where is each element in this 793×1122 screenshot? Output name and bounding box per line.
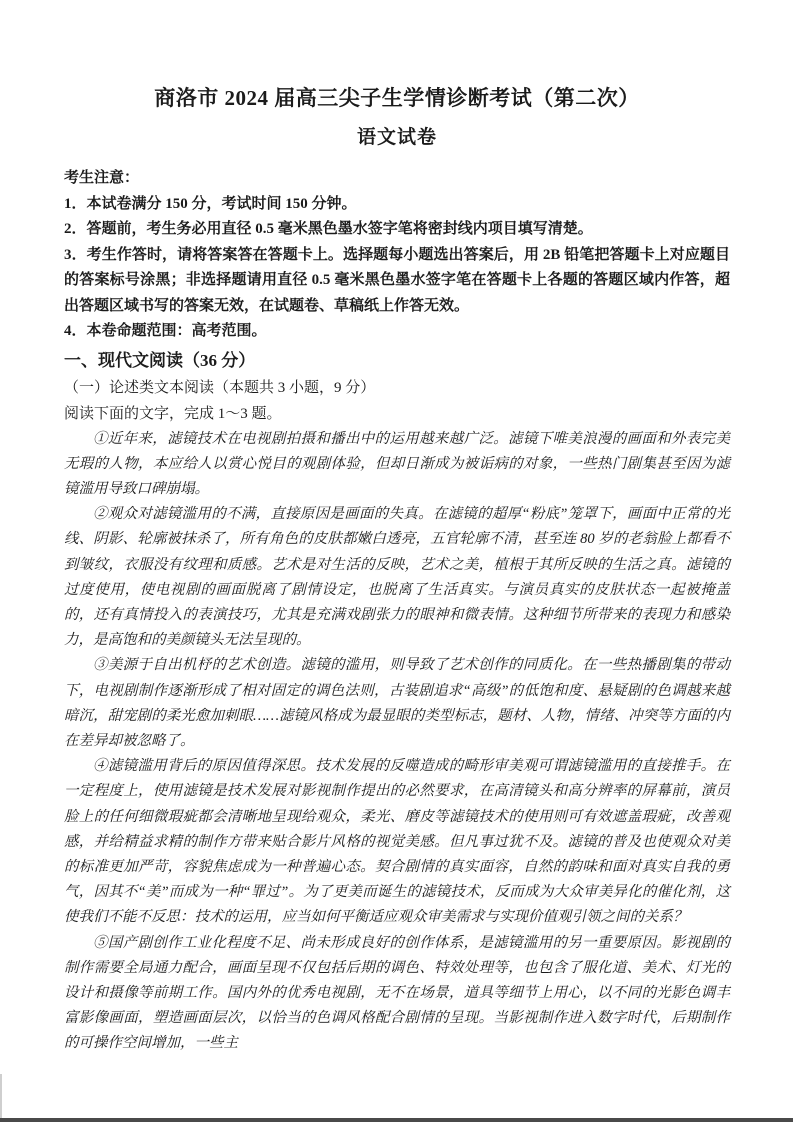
exam-subtitle: 语文试卷 — [64, 124, 730, 152]
exam-title: 商洛市 2024 届高三尖子生学情诊断考试（第二次） — [64, 84, 730, 112]
section-heading-modern-reading: 一、现代文阅读（36 分） — [64, 347, 730, 375]
passage-instruction: 阅读下面的文字，完成 1～3 题。 — [64, 401, 730, 427]
passage-paragraph-3: ③美源于自出机杼的艺术创造。滤镜的滥用，则导致了艺术创作的同质化。在一些热播剧集… — [64, 653, 730, 754]
reading-passage: ①近年来，滤镜技术在电视剧拍摄和播出中的运用越来越广泛。滤镜下唯美浪漫的画面和外… — [64, 427, 730, 1057]
passage-paragraph-1: ①近年来，滤镜技术在电视剧拍摄和播出中的运用越来越广泛。滤镜下唯美浪漫的画面和外… — [64, 427, 730, 503]
notice-item-3: 3．考生作答时，请将答案答在答题卡上。选择题每小题选出答案后，用 2B 铅笔把答… — [64, 243, 730, 320]
page-left-edge — [0, 1074, 2, 1118]
passage-paragraph-4: ④滤镜滥用背后的原因值得深思。技术发展的反噬造成的畸形审美观可谓滤镜滥用的直接推… — [64, 754, 730, 930]
passage-paragraph-5: ⑤国产剧创作工业化程度不足、尚未形成良好的创作体系，是滤镜滥用的另一重要原因。影… — [64, 931, 730, 1057]
page-bottom-edge — [0, 1118, 793, 1122]
notice-item-4: 4．本卷命题范围：高考范围。 — [64, 319, 730, 345]
passage-paragraph-2: ②观众对滤镜滥用的不满，直接原因是画面的失真。在滤镜的超厚“粉底”笼罩下，画面中… — [64, 502, 730, 653]
subsection-heading-argumentative-reading: （一）论述类文本阅读（本题共 3 小题，9 分） — [64, 375, 730, 401]
candidate-notice: 考生注意： 1．本试卷满分 150 分，考试时间 150 分钟。 2．答题前，考… — [64, 166, 730, 345]
exam-paper-page: 商洛市 2024 届高三尖子生学情诊断考试（第二次） 语文试卷 考生注意： 1．… — [0, 0, 793, 1122]
notice-item-2: 2．答题前，考生务必用直径 0.5 毫米黑色墨水签字笔将密封线内项目填写清楚。 — [64, 217, 730, 243]
notice-item-1: 1．本试卷满分 150 分，考试时间 150 分钟。 — [64, 192, 730, 218]
notice-heading: 考生注意： — [64, 166, 730, 192]
